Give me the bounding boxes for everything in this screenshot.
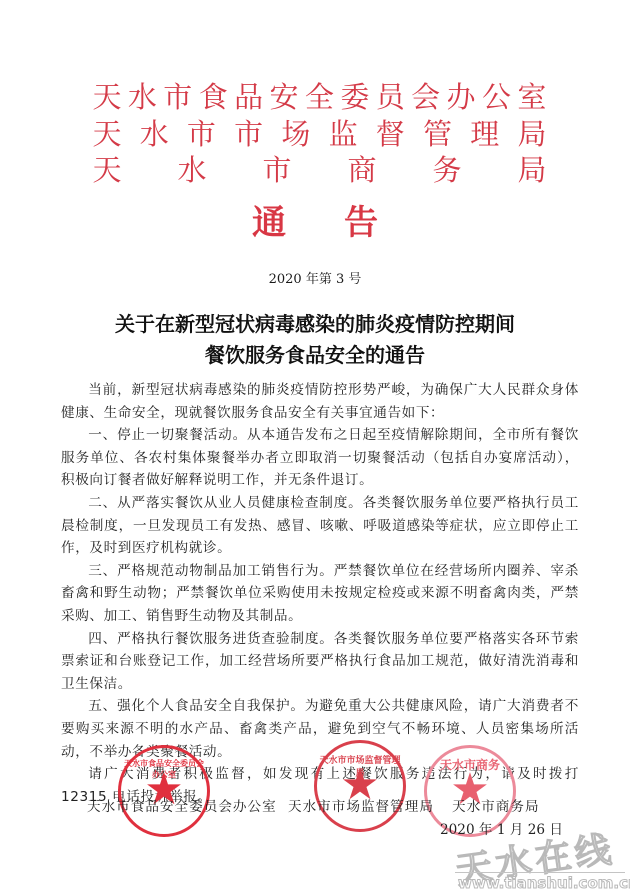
header-char: 天 [92,119,122,149]
header-char: 监 [328,119,358,149]
header-char: 员 [375,82,405,112]
signature-org-1: 天水市食品安全委员会办公室 [87,795,277,815]
header-char: 室 [517,82,547,112]
paragraph-3: 三、严格规范动物制品加工销售行为。严禁餐饮单位在经营场所内圈养、宰杀畜禽和野生动… [61,560,579,628]
header-char: 局 [517,155,547,185]
header-char: 品 [234,82,264,112]
notice-heading: 通告 [0,195,630,244]
header-char: 办 [446,82,476,112]
header-char: 水 [177,155,207,185]
header-char: 市 [186,119,216,149]
header-char: 务 [432,155,462,185]
header-char: 市 [262,155,292,185]
header-char: 商 [347,155,377,185]
watermark-url: www.tianshui.com.cn [458,874,630,891]
paragraph-intro: 当前，新型冠状病毒感染的肺炎疫情防控形势严峻，为确保广大人民群众身体健康、生命安… [61,379,579,424]
header-char: 管 [423,119,453,149]
header-char: 督 [375,119,405,149]
signature-org-3: 天水市商务局 [452,795,540,815]
header-line-2: 天 水 市 市 场 监 督 管 理 局 [92,119,547,149]
paragraph-2: 二、从严落实餐饮从业人员健康检查制度。各类餐饮服务单位要严格执行员工晨检制度，一… [61,492,579,560]
header-char: 局 [517,119,547,149]
header-char: 理 [470,119,500,149]
header-char: 天 [92,82,122,112]
document-title-line-1: 关于在新型冠状病毒感染的肺炎疫情防控期间 [0,308,630,337]
header-line-3: 天 水 市 商 务 局 [92,155,547,185]
official-seal-2: 天水市市场监督管理局 ★ [314,740,406,832]
header-char: 场 [281,119,311,149]
paragraph-1: 一、停止一切聚餐活动。从本通告发布之日起至疫情解除期间，全市所有餐饮服务单位、各… [61,424,579,492]
header-char: 水 [139,119,169,149]
header-char: 安 [269,82,299,112]
header-char: 公 [481,82,511,112]
document-number: 2020 年第 3 号 [0,268,630,287]
header-char: 全 [304,82,334,112]
signature-org-2: 天水市市场监督管理局 [288,795,434,815]
header-char: 食 [198,82,228,112]
header-char: 会 [411,82,441,112]
paragraph-4: 四、严格执行餐饮服务进货查验制度。各类餐饮服务单位要严格落实各环节索票索证和台账… [61,628,579,696]
header-char: 委 [340,82,370,112]
document-title-line-2: 餐饮服务食品安全的通告 [0,339,630,368]
official-seal-1: 天水市食品安全委员会办公室 ★ [118,745,210,837]
header-line-1: 天 水 市 食 品 安 全 委 员 会 办 公 室 [92,82,547,112]
header-char: 市 [163,82,193,112]
document-body: 当前，新型冠状病毒感染的肺炎疫情防控形势严峻，为确保广大人民群众身体健康、生命安… [61,379,579,808]
header-char: 水 [127,82,157,112]
header-char: 天 [92,155,122,185]
watermark-underline [455,872,625,873]
header-char: 市 [234,119,264,149]
